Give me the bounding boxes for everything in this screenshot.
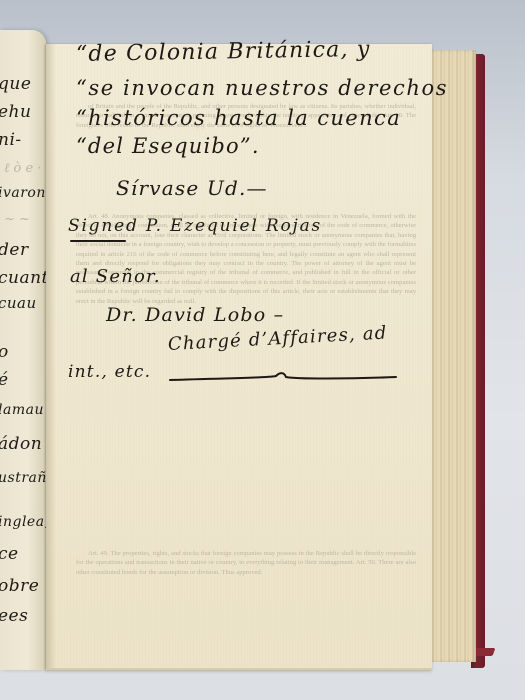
flourish-line <box>168 366 398 386</box>
left-fragment: der <box>0 240 29 260</box>
spine-shadow <box>46 44 56 668</box>
left-fragment: o <box>0 342 9 362</box>
left-facing-page: que ehu ni- ℓ ò e · ivaron ~ ~ der cuant… <box>0 30 46 670</box>
book-photo: que ehu ni- ℓ ò e · ivaron ~ ~ der cuant… <box>0 0 525 700</box>
left-fragment: é <box>0 370 9 390</box>
main-page: of Britain and the people of the Republi… <box>46 44 432 670</box>
handwritten-line: “de Colonia Británica, y <box>76 37 371 67</box>
left-fragment: cuanto <box>0 268 46 288</box>
left-fragment: ni- <box>0 130 22 150</box>
left-fragment: que <box>0 74 31 94</box>
handwritten-signature-line: Signed P. Ezequiel Rojas <box>68 216 322 236</box>
left-fragment: ehu <box>0 102 31 122</box>
left-fragment: ees <box>0 606 28 626</box>
printed-text-bottom: Art. 49. The properties, rights, and sto… <box>76 549 416 577</box>
left-fragment: ivaron <box>0 185 46 201</box>
handwritten-line: al Señor. <box>70 266 161 287</box>
handwritten-line: Sírvase Ud.— <box>116 176 268 200</box>
left-fragment: ádon <box>0 434 42 454</box>
left-fragment: lamau <box>0 402 44 418</box>
left-fragment: ce <box>0 544 19 564</box>
left-fragment: obre <box>0 576 39 596</box>
handwritten-line: “históricos hasta la cuenca <box>76 106 401 130</box>
left-fragment: ustraño <box>0 470 46 486</box>
handwritten-line: int., etc. <box>68 362 151 382</box>
left-fragment: cuau <box>0 294 37 312</box>
handwritten-line: “se invocan nuestros derechos <box>76 76 448 100</box>
signed-underline <box>70 240 126 242</box>
handwritten-line: Dr. David Lobo – <box>106 304 284 326</box>
handwritten-line: Chargé d’Affaires, ad <box>167 323 388 355</box>
handwritten-line: “del Esequibo”. <box>76 134 260 158</box>
left-fragment: inglea, <box>0 514 46 530</box>
page-block-edges <box>430 50 476 662</box>
